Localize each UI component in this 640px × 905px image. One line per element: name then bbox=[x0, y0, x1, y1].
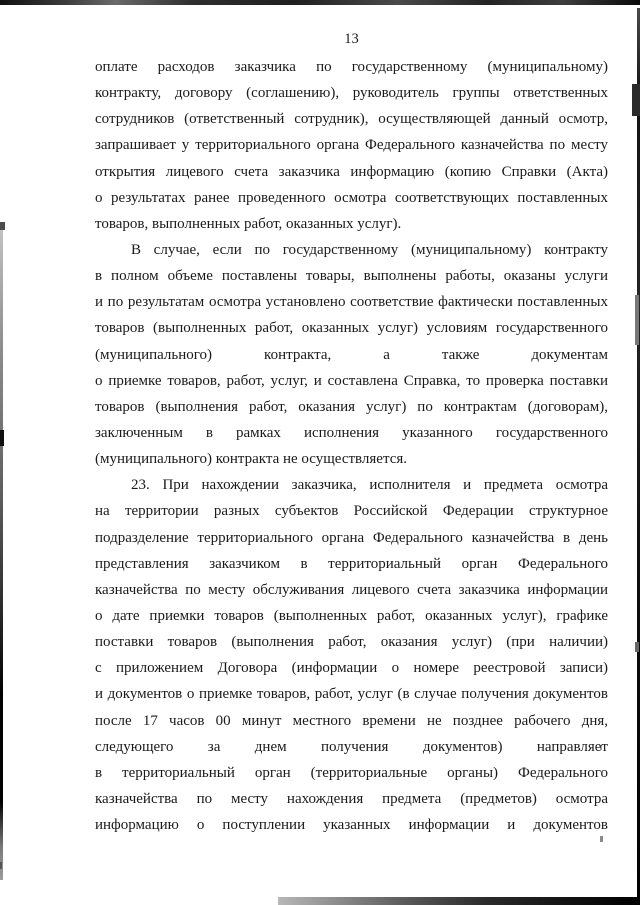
scan-artifact-right-mark bbox=[635, 642, 639, 652]
scan-artifact-left-mark bbox=[0, 430, 4, 446]
text-line: с приложением Договора (информации о ном… bbox=[95, 655, 608, 681]
scan-artifact-bottom-edge bbox=[278, 897, 640, 905]
text-line: открытия лицевого счета заказчика информ… bbox=[95, 159, 608, 185]
text-line: о приемке товаров, работ, услуг, и соста… bbox=[95, 368, 608, 394]
scan-artifact-left-edge bbox=[0, 225, 3, 880]
text-line: информацию о поступлении указанных инфор… bbox=[95, 812, 608, 838]
text-line: товаров, выполненных работ, оказанных ус… bbox=[95, 211, 608, 237]
text-line: поставки товаров (выполнения работ, оказ… bbox=[95, 629, 608, 655]
text-line: в полном объеме поставлены товары, выпол… bbox=[95, 263, 608, 289]
text-line: запрашивает у территориального органа Фе… bbox=[95, 132, 608, 158]
text-line: после 17 часов 00 минут местного времени… bbox=[95, 708, 608, 734]
text-line: (муниципального) контракта не осуществля… bbox=[95, 446, 608, 472]
text-line: и по результатам осмотра установлено соо… bbox=[95, 289, 608, 315]
text-line: оплате расходов заказчика по государстве… bbox=[95, 54, 608, 80]
text-line: товаров (выполненных работ, оказанных ус… bbox=[95, 315, 608, 341]
scan-artifact-left-mark bbox=[0, 222, 5, 230]
text-line: следующего за днем получения документов)… bbox=[95, 734, 608, 760]
text-line: (муниципального) контракта, а также доку… bbox=[95, 342, 608, 368]
text-line: и документов о приемке товаров, работ, у… bbox=[95, 681, 608, 707]
text-line: заключенным в рамках исполнения указанно… bbox=[95, 420, 608, 446]
text-line: сотрудников (ответственный сотрудник), о… bbox=[95, 106, 608, 132]
scan-artifact-right-mark bbox=[635, 295, 639, 345]
scan-artifact-top-edge bbox=[0, 0, 640, 5]
text-line: подразделение территориального органа Фе… bbox=[95, 525, 608, 551]
text-line: казначейства по месту обслуживания лицев… bbox=[95, 577, 608, 603]
text-line: о дате приемки товаров (выполненных рабо… bbox=[95, 603, 608, 629]
scan-artifact-right-blob bbox=[632, 84, 640, 116]
document-page: 13 оплате расходов заказчика по государс… bbox=[0, 0, 640, 905]
text-line: представления заказчиком в территориальн… bbox=[95, 551, 608, 577]
text-line: В случае, если по государственному (муни… bbox=[95, 237, 608, 263]
text-line: контракту, договору (соглашению), руково… bbox=[95, 80, 608, 106]
text-line: 23. При нахождении заказчика, исполнител… bbox=[95, 472, 608, 498]
text-line: о результатах ранее проведенного осмотра… bbox=[95, 185, 608, 211]
text-line: товаров (выполнения работ, оказания услу… bbox=[95, 394, 608, 420]
page-number: 13 bbox=[95, 31, 608, 48]
text-line: казначейства по месту нахождения предмет… bbox=[95, 786, 608, 812]
document-text-block: оплате расходов заказчика по государстве… bbox=[95, 54, 608, 838]
scan-artifact-left-mark bbox=[0, 862, 2, 869]
text-line: на территории разных субъектов Российско… bbox=[95, 498, 608, 524]
text-line: в территориальный орган (территориальные… bbox=[95, 760, 608, 786]
